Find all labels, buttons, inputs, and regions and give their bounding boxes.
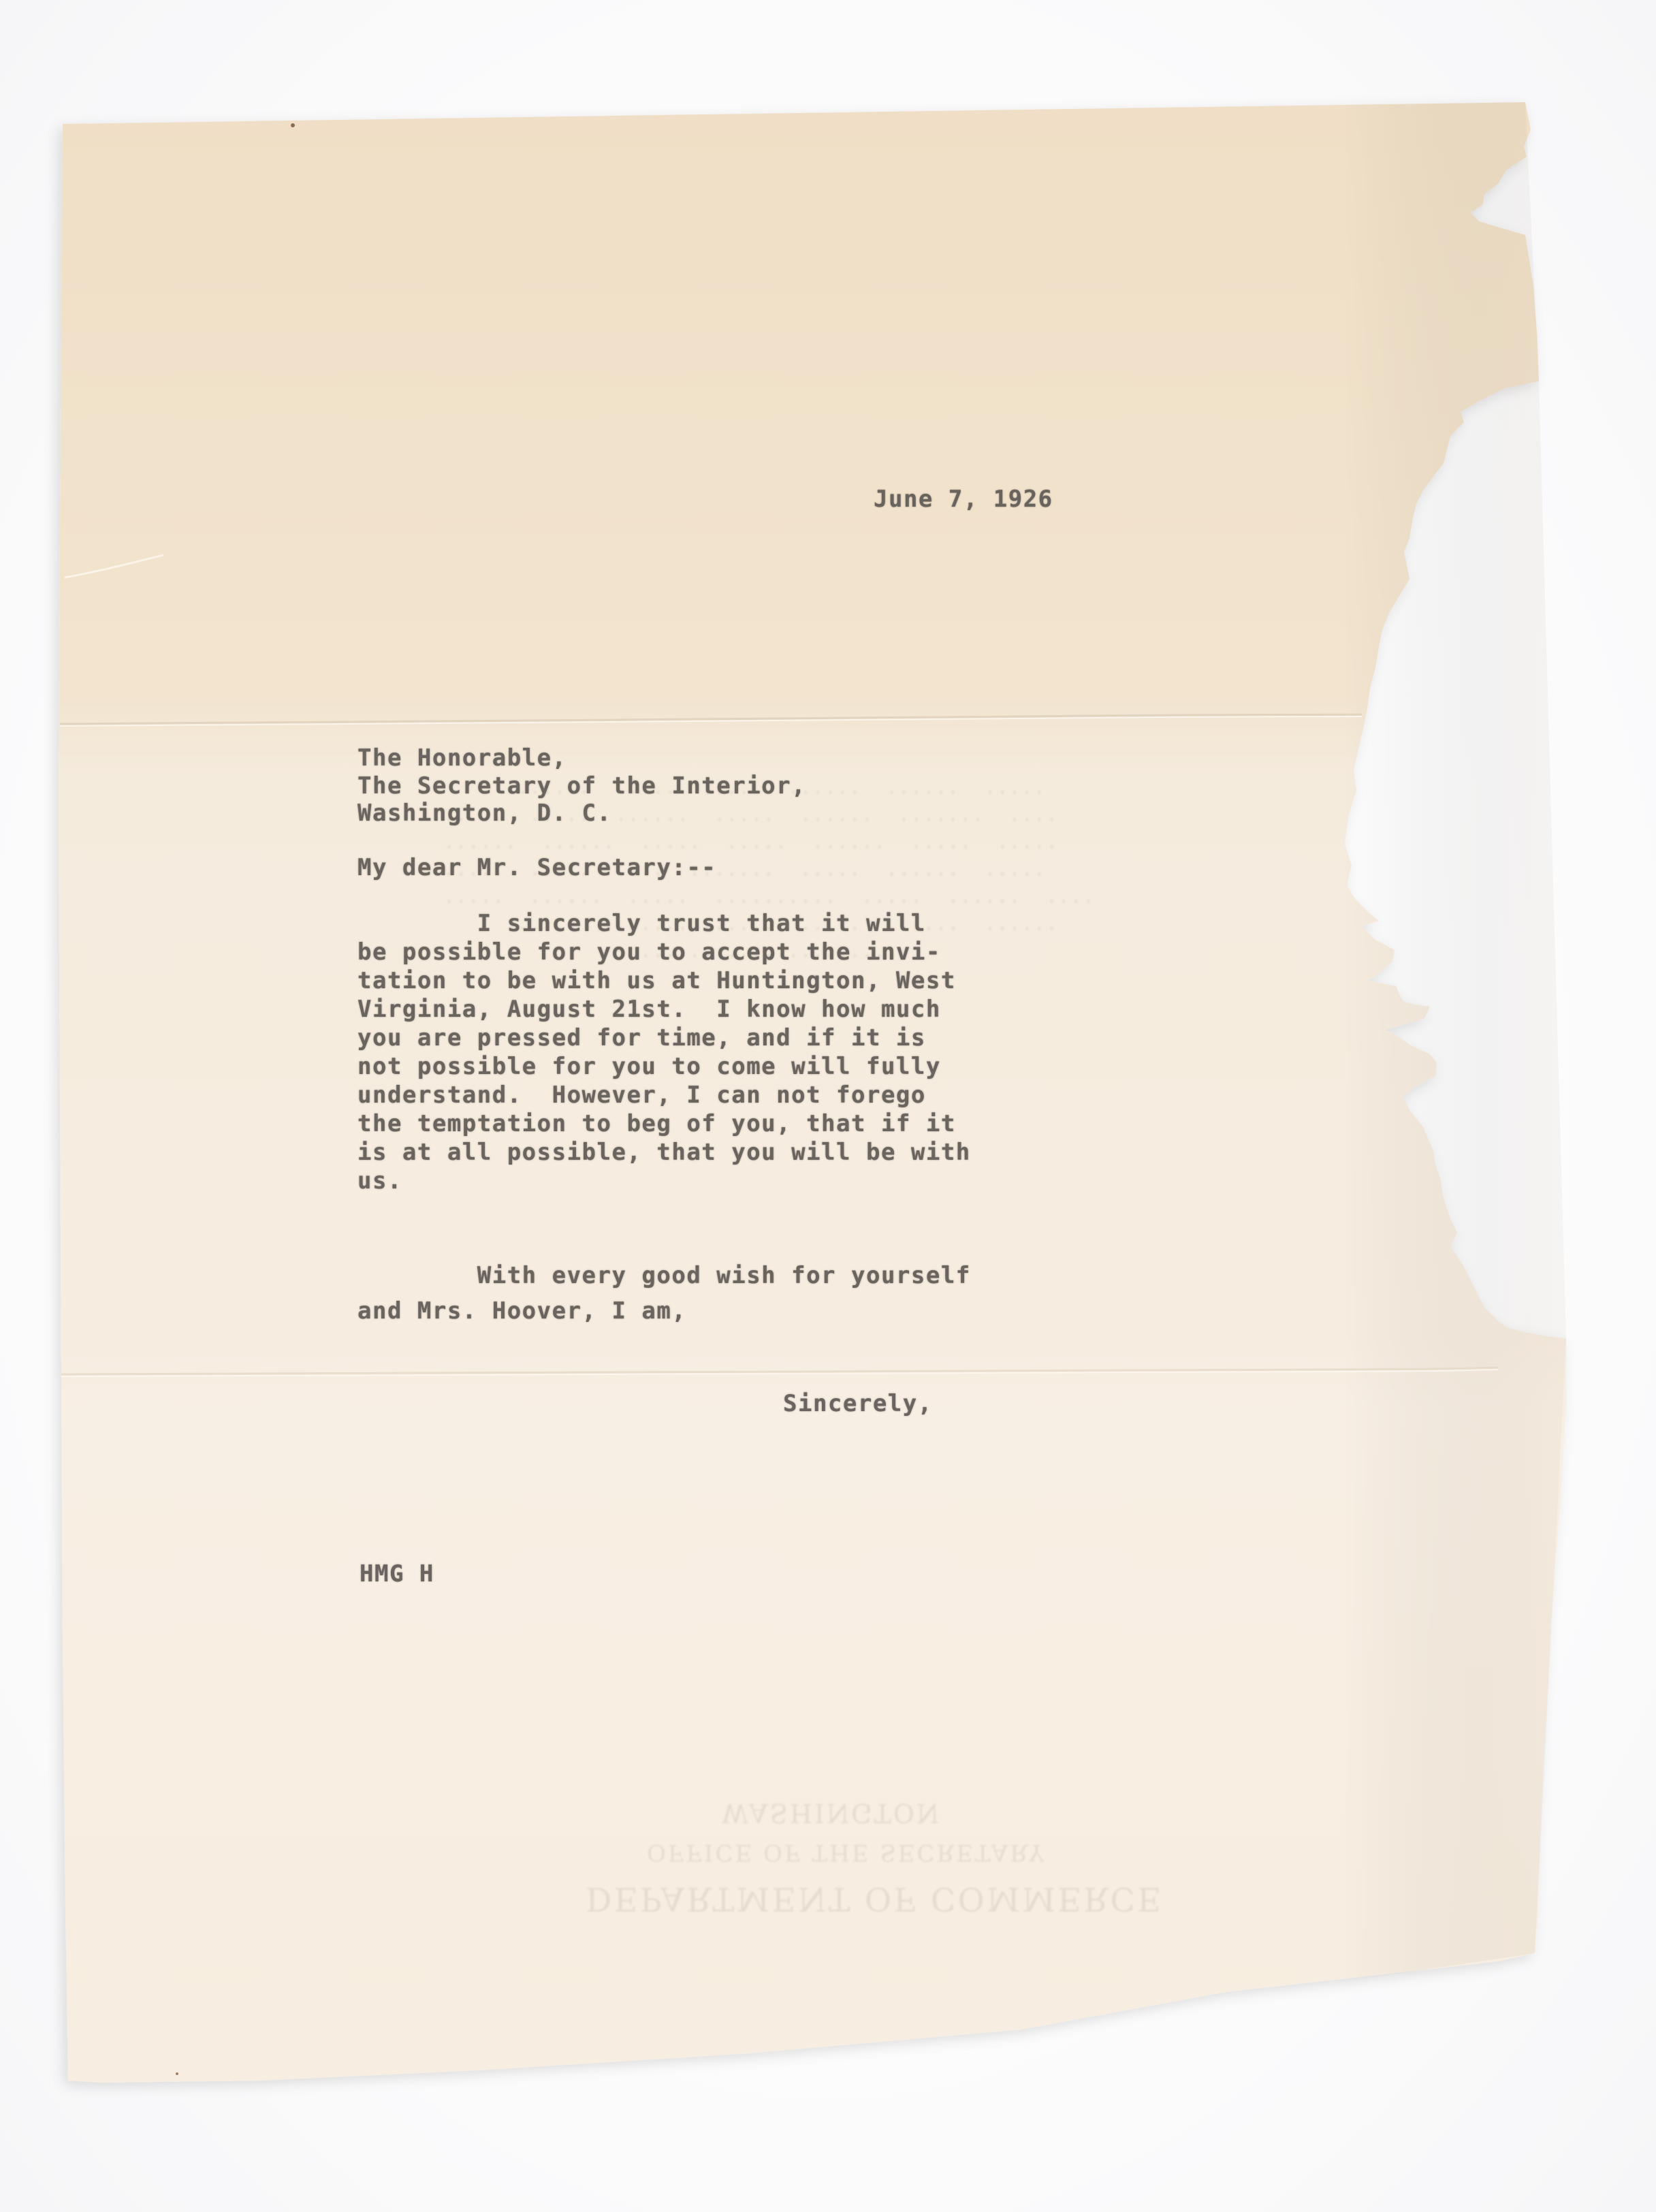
recipient-line-2: The Secretary of the Interior,	[357, 772, 806, 800]
closing: Sincerely,	[783, 1389, 933, 1418]
body-line: you are pressed for time, and if it is	[357, 1024, 971, 1052]
recipient-line-1: The Honorable,	[357, 744, 567, 772]
body-line: is at all possible, that you will be wit…	[357, 1138, 971, 1167]
bleed-through-line-1: WASHINGTON	[722, 1798, 941, 1828]
body-line: us.	[357, 1167, 971, 1195]
body-line: I sincerely trust that it will	[357, 909, 971, 938]
body-line: Virginia, August 21st. I know how much	[357, 995, 971, 1024]
body-line: and Mrs. Hoover, I am,	[357, 1297, 971, 1325]
reference-initials: HMG H	[360, 1560, 434, 1588]
bleed-through-line-2: OFFICE OF THE SECRETARY	[647, 1839, 1046, 1866]
bleed-through-line-3: DEPARTMENT OF COMMERCE	[586, 1880, 1163, 1918]
body-paragraph-2: With every good wish for yourself and Mr…	[357, 1261, 971, 1318]
body-paragraph-1: I sincerely trust that it will be possib…	[357, 909, 971, 1195]
body-line: be possible for you to accept the invi-	[357, 938, 971, 966]
body-line: understand. However, I can not forego	[357, 1081, 971, 1109]
salutation: My dear Mr. Secretary:--	[357, 853, 716, 882]
recipient-line-3: Washington, D. C.	[357, 799, 612, 827]
photo-stage: WASHINGTON OFFICE OF THE SECRETARY DEPAR…	[0, 0, 1656, 2212]
body-line: not possible for you to come will fully	[357, 1052, 971, 1081]
body-line: tation to be with us at Huntington, West	[357, 966, 971, 995]
body-line: the temptation to beg of you, that if it	[357, 1109, 971, 1138]
body-line: With every good wish for yourself	[357, 1261, 971, 1290]
letter-date: June 7, 1926	[874, 485, 1053, 513]
